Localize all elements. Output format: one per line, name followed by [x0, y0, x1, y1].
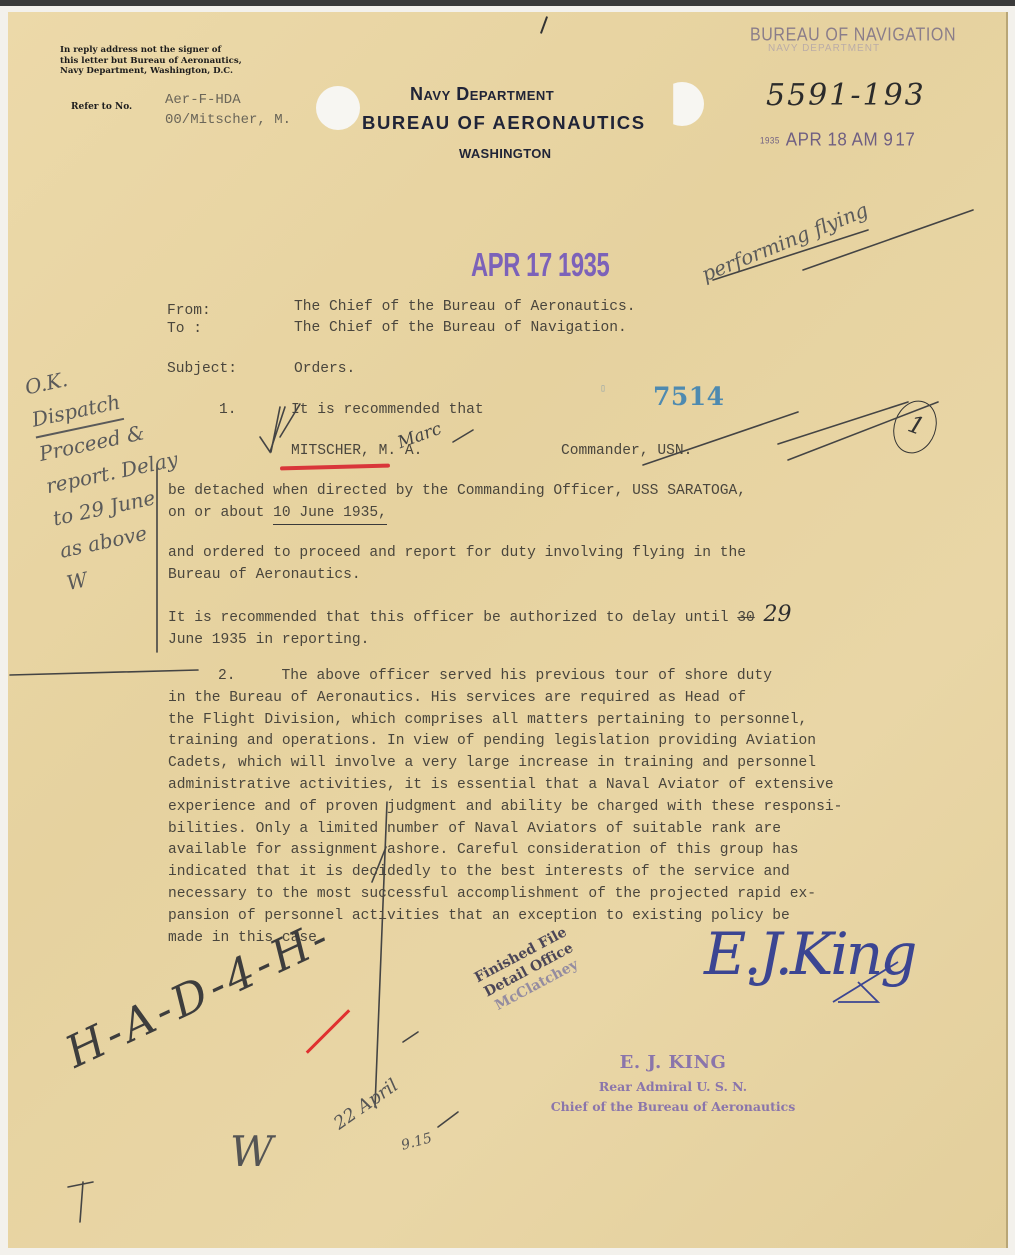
bottom-pencil-strokes	[8, 12, 1006, 1248]
document-page: In reply address not the signer of this …	[8, 12, 1008, 1248]
top-border	[0, 0, 1015, 6]
